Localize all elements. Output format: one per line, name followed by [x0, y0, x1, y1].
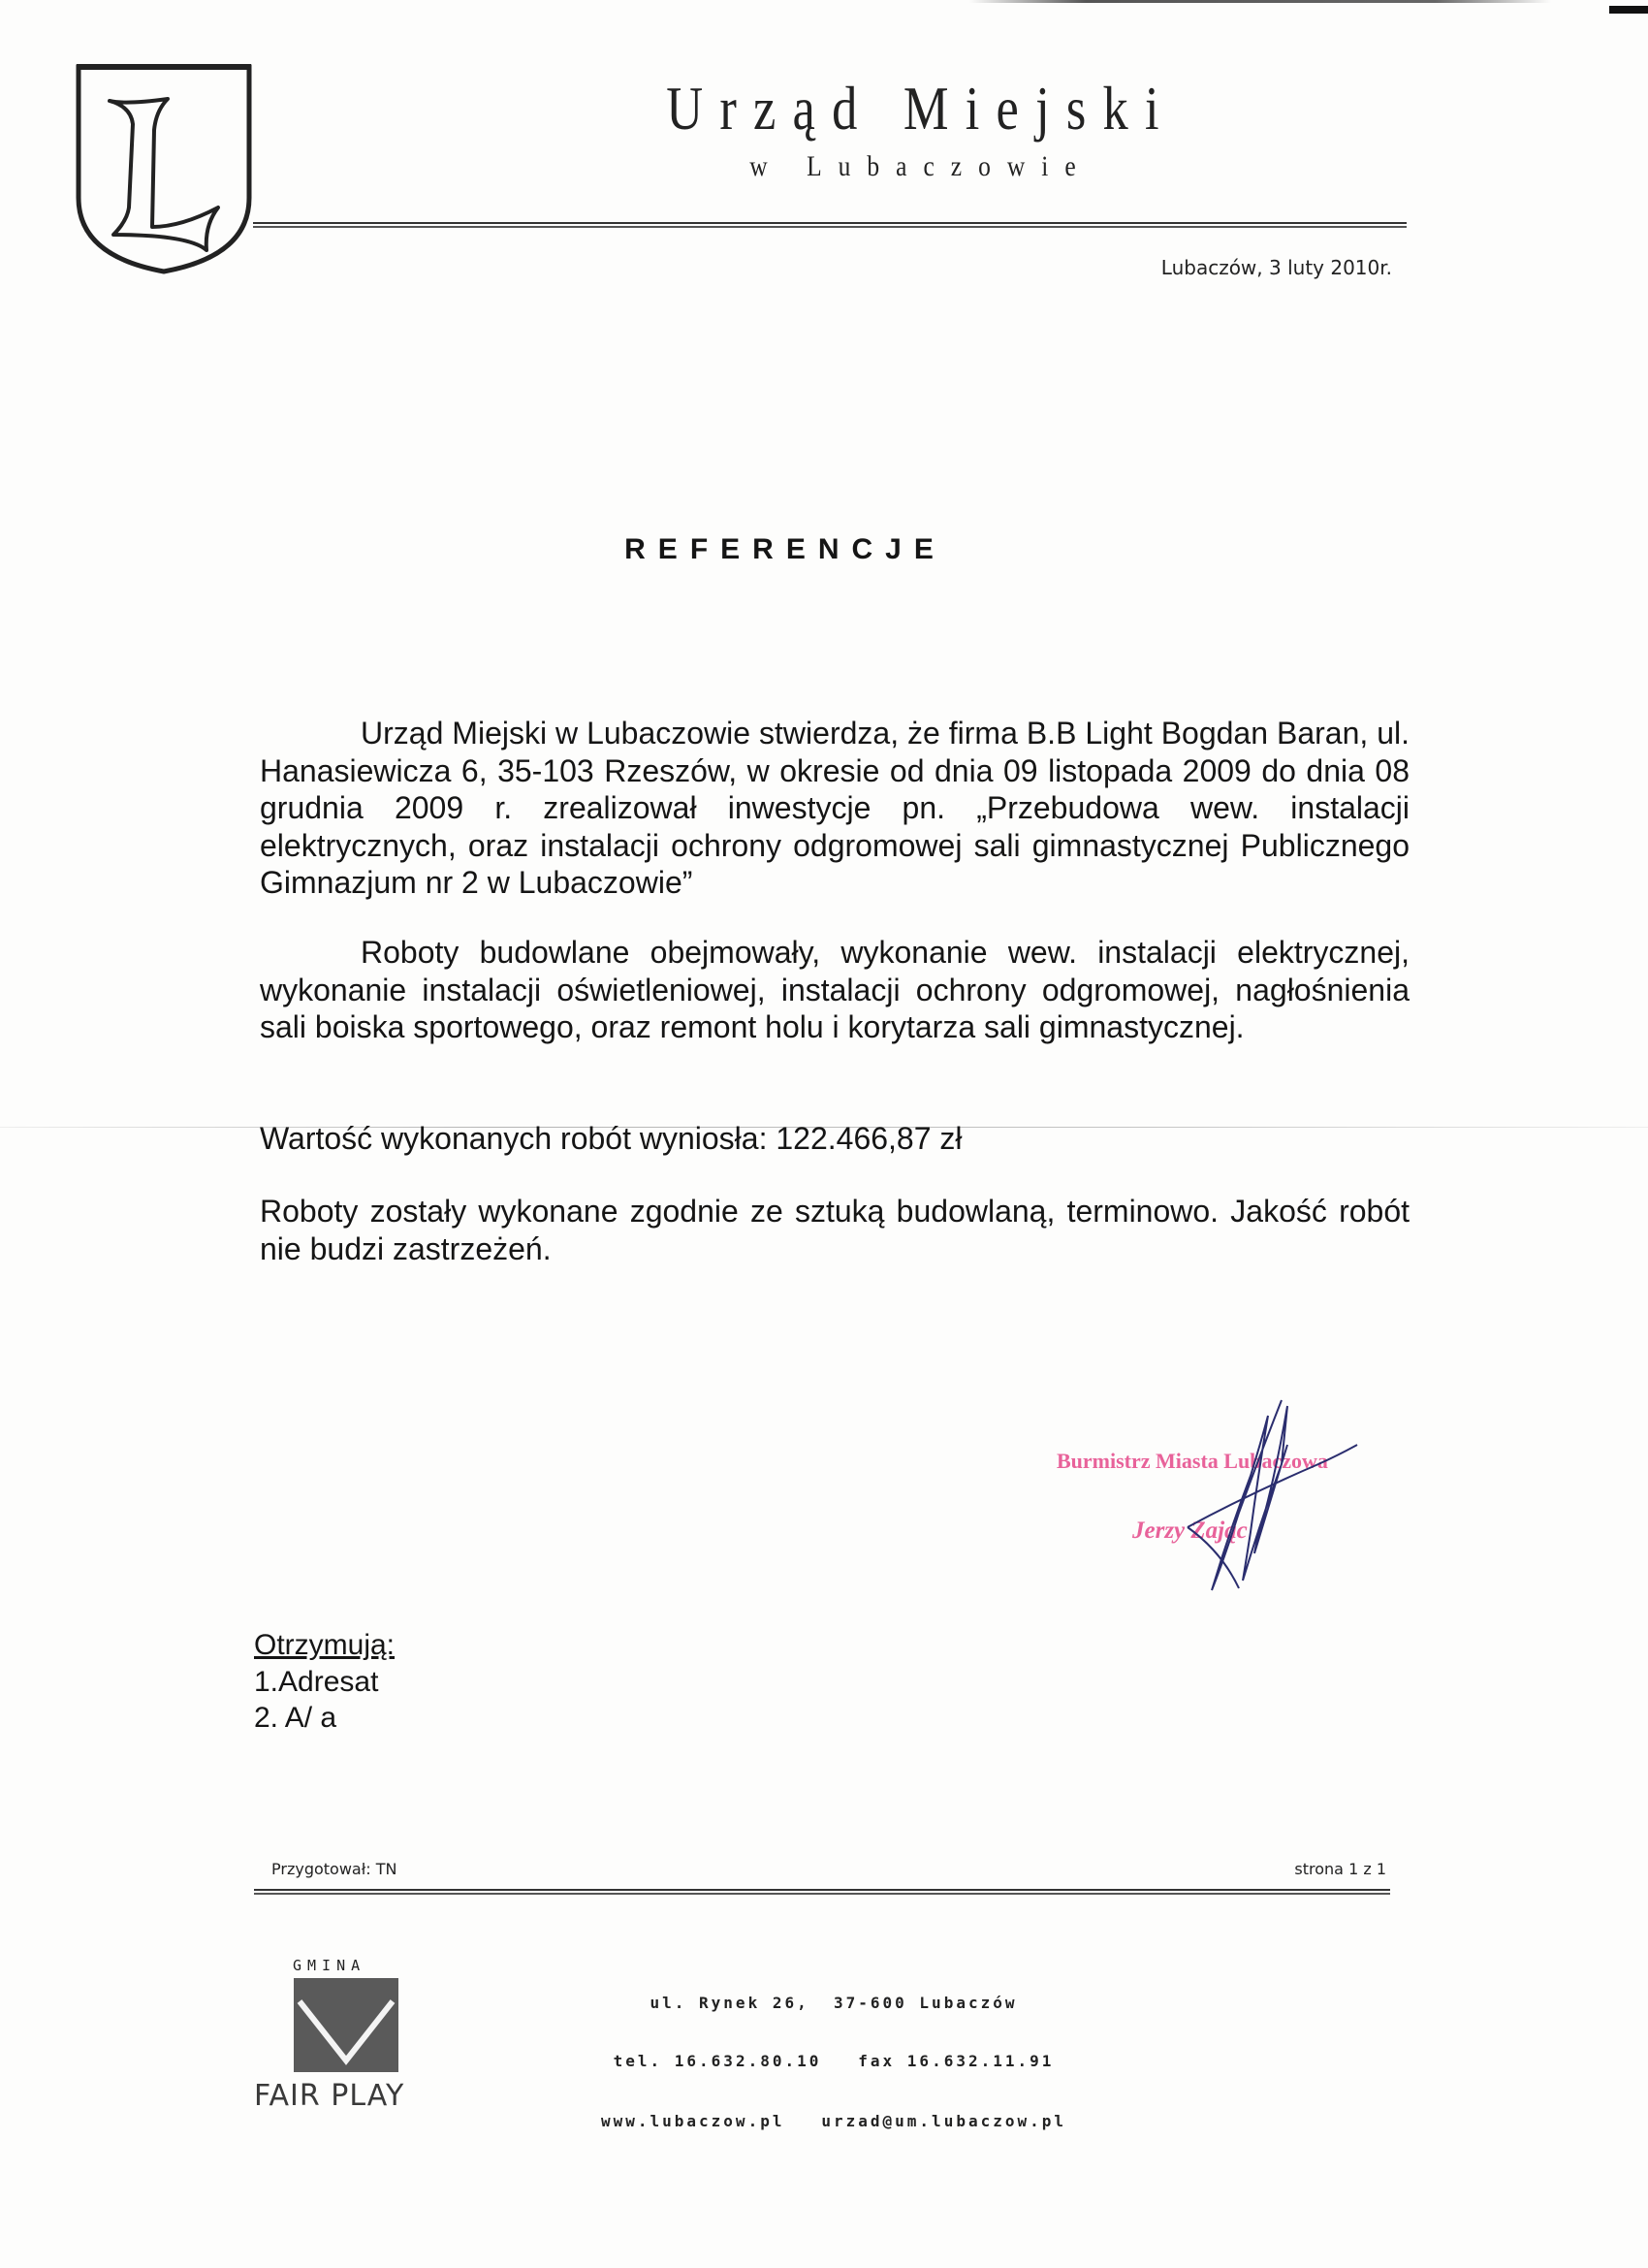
body-paragraph-4: Roboty zostały wykonane zgodnie ze sztuk…	[260, 1193, 1410, 1267]
footer-divider	[254, 1889, 1390, 1895]
recipients-block: Otrzymują: 1.Adresat 2. A/ a	[254, 1627, 395, 1737]
office-subtitle: w Lubaczowie	[633, 147, 1210, 186]
logo-fair-play-label: FAIR PLAY	[254, 2079, 404, 2113]
footer-web-email: www.lubaczow.pl urzad@um.lubaczow.pl	[543, 2112, 1125, 2130]
body-paragraph-2: Roboty budowlane obejmowały, wykonanie w…	[260, 934, 1410, 1046]
signature-icon	[1115, 1387, 1386, 1610]
document-date: Lubaczów, 3 luty 2010r.	[1134, 256, 1392, 279]
paragraph-text: Wartość wykonanych robót wyniosła: 122.4…	[260, 1120, 1410, 1158]
footer-address: ul. Rynek 26, 37-600 Lubaczów	[543, 1994, 1125, 2012]
document-heading: REFERENCJE	[0, 533, 1648, 566]
recipients-label: Otrzymują:	[254, 1627, 395, 1664]
prepared-by: Przygotował: TN	[271, 1860, 396, 1878]
footer-phone-fax: tel. 16.632.80.10 fax 16.632.11.91	[543, 2052, 1125, 2070]
office-title: Urząd Miejski	[643, 70, 1199, 147]
crest-icon	[75, 62, 253, 275]
logo-gmina-label: GMINA	[293, 1957, 365, 1974]
scan-edge	[969, 0, 1551, 3]
header-divider	[253, 222, 1407, 228]
page-number: strona 1 z 1	[1241, 1860, 1386, 1878]
recipient-item: 1.Adresat	[254, 1664, 395, 1701]
paragraph-text: Urząd Miejski w Lubaczowie stwierdza, że…	[260, 715, 1410, 902]
scan-mark	[1609, 6, 1648, 14]
paragraph-text: Roboty budowlane obejmowały, wykonanie w…	[260, 934, 1410, 1046]
body-paragraph-1: Urząd Miejski w Lubaczowie stwierdza, że…	[260, 715, 1410, 902]
fair-play-logo-icon	[294, 1978, 398, 2072]
recipient-item: 2. A/ a	[254, 1700, 395, 1737]
body-paragraph-3: Wartość wykonanych robót wyniosła: 122.4…	[260, 1120, 1410, 1158]
paragraph-text: Roboty zostały wykonane zgodnie ze sztuk…	[260, 1193, 1410, 1267]
